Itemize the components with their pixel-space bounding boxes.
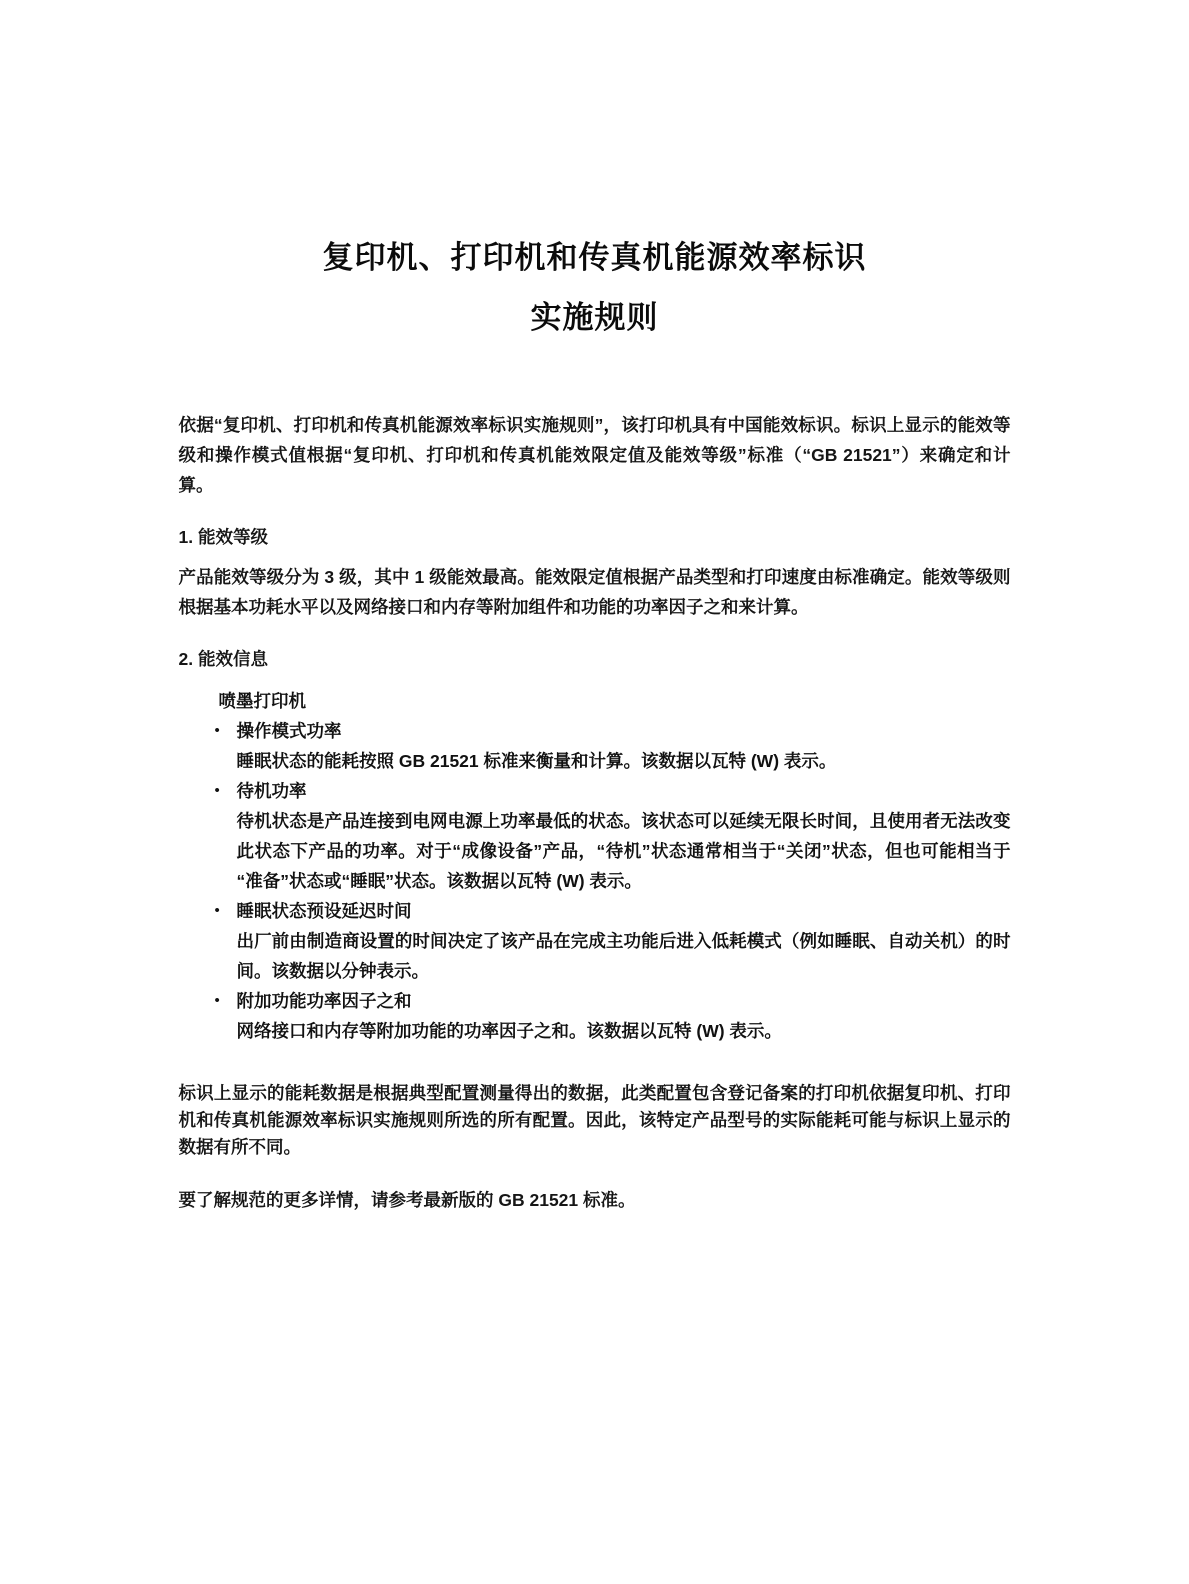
note-paragraph: 标识上显示的能耗数据是根据典型配置测量得出的数据，此类配置包含登记备案的打印机依…	[179, 1080, 1011, 1161]
page-title: 复印机、打印机和传真机能源效率标识 实施规则	[179, 228, 1011, 348]
closing-paragraph: 要了解规范的更多详情，请参考最新版的 GB 21521 标准。	[179, 1187, 1011, 1214]
bullet-text: 出厂前由制造商设置的时间决定了该产品在完成主功能后进入低耗模式（例如睡眠、自动关…	[237, 926, 1011, 986]
bullet-icon: •	[215, 896, 220, 926]
list-item: • 操作模式功率 睡眠状态的能耗按照 GB 21521 标准来衡量和计算。该数据…	[237, 716, 1011, 776]
bullet-icon: •	[215, 716, 220, 746]
list-item: • 附加功能功率因子之和 网络接口和内存等附加功能的功率因子之和。该数据以瓦特 …	[237, 986, 1011, 1046]
page-title-line1: 复印机、打印机和传真机能源效率标识	[179, 228, 1011, 288]
bullet-text: 待机状态是产品连接到电网电源上功率最低的状态。该状态可以延续无限长时间，且使用者…	[237, 806, 1011, 896]
bullet-label: 睡眠状态预设延迟时间	[237, 896, 1011, 926]
bullet-label: 操作模式功率	[237, 716, 1011, 746]
bullet-text: 网络接口和内存等附加功能的功率因子之和。该数据以瓦特 (W) 表示。	[237, 1016, 1011, 1046]
bullet-label: 待机功率	[237, 776, 1011, 806]
bullet-text: 睡眠状态的能耗按照 GB 21521 标准来衡量和计算。该数据以瓦特 (W) 表…	[237, 746, 1011, 776]
list-item: • 待机功率 待机状态是产品连接到电网电源上功率最低的状态。该状态可以延续无限长…	[237, 776, 1011, 896]
section-heading-energy-info: 2. 能效信息	[179, 644, 1011, 674]
section1-body: 产品能效等级分为 3 级，其中 1 级能效最高。能效限定值根据产品类型和打印速度…	[179, 562, 1011, 622]
energy-info-list: • 操作模式功率 睡眠状态的能耗按照 GB 21521 标准来衡量和计算。该数据…	[179, 716, 1011, 1046]
bullet-icon: •	[215, 986, 220, 1016]
bullet-label: 附加功能功率因子之和	[237, 986, 1011, 1016]
bullet-icon: •	[215, 776, 220, 806]
subheading-inkjet-printer: 喷墨打印机	[219, 686, 1011, 716]
list-item: • 睡眠状态预设延迟时间 出厂前由制造商设置的时间决定了该产品在完成主功能后进入…	[237, 896, 1011, 986]
page-title-line2: 实施规则	[179, 288, 1011, 348]
section-heading-energy-grade: 1. 能效等级	[179, 522, 1011, 552]
intro-paragraph: 依据“复印机、打印机和传真机能源效率标识实施规则”，该打印机具有中国能效标识。标…	[179, 410, 1011, 500]
document-page: 复印机、打印机和传真机能源效率标识 实施规则 依据“复印机、打印机和传真机能源效…	[179, 0, 1011, 1214]
